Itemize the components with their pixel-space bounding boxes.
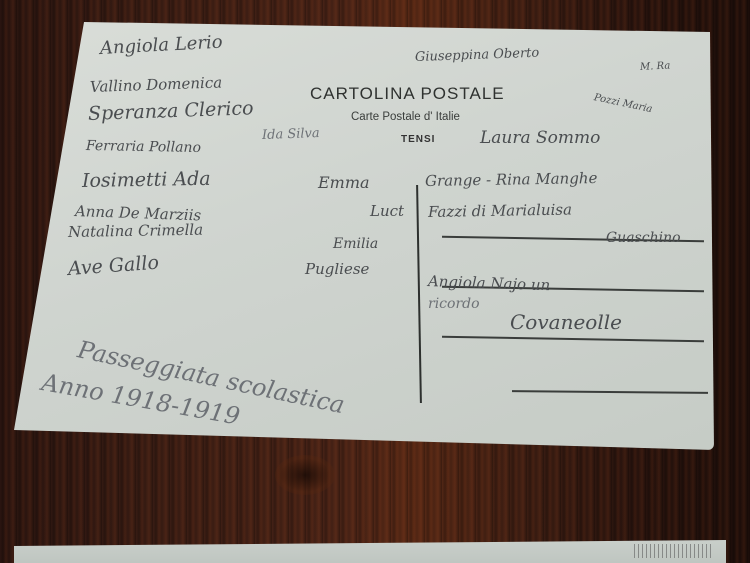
signature: Natalina Crimella: [68, 221, 203, 241]
wood-knot: [275, 455, 335, 495]
signature: Laura Sommo: [480, 128, 600, 148]
signature: Ida Silva: [262, 126, 320, 143]
signature: Pugliese: [305, 260, 369, 278]
signature: Fazzi di Marialuisa: [428, 200, 572, 221]
signature: Guaschino: [606, 230, 681, 246]
signature: Emma: [318, 173, 370, 192]
signature: Grange - Rina Manghe: [425, 169, 598, 190]
signature: Luct: [370, 202, 404, 220]
signature: Ferraria Pollano: [86, 138, 201, 156]
signature: Iosimetti Ada: [82, 168, 211, 192]
publisher-label: TENSI: [401, 134, 435, 145]
signature: ricordo: [428, 296, 480, 312]
signature: Covaneolle: [510, 310, 622, 334]
signature: Emilia: [333, 236, 378, 252]
postcard-subtitle: Carte Postale d' Italie: [351, 111, 460, 123]
postmark-stamp: [634, 544, 714, 558]
postcard-title: CARTOLINA POSTALE: [310, 84, 505, 104]
signature: M. Ra: [640, 60, 671, 73]
